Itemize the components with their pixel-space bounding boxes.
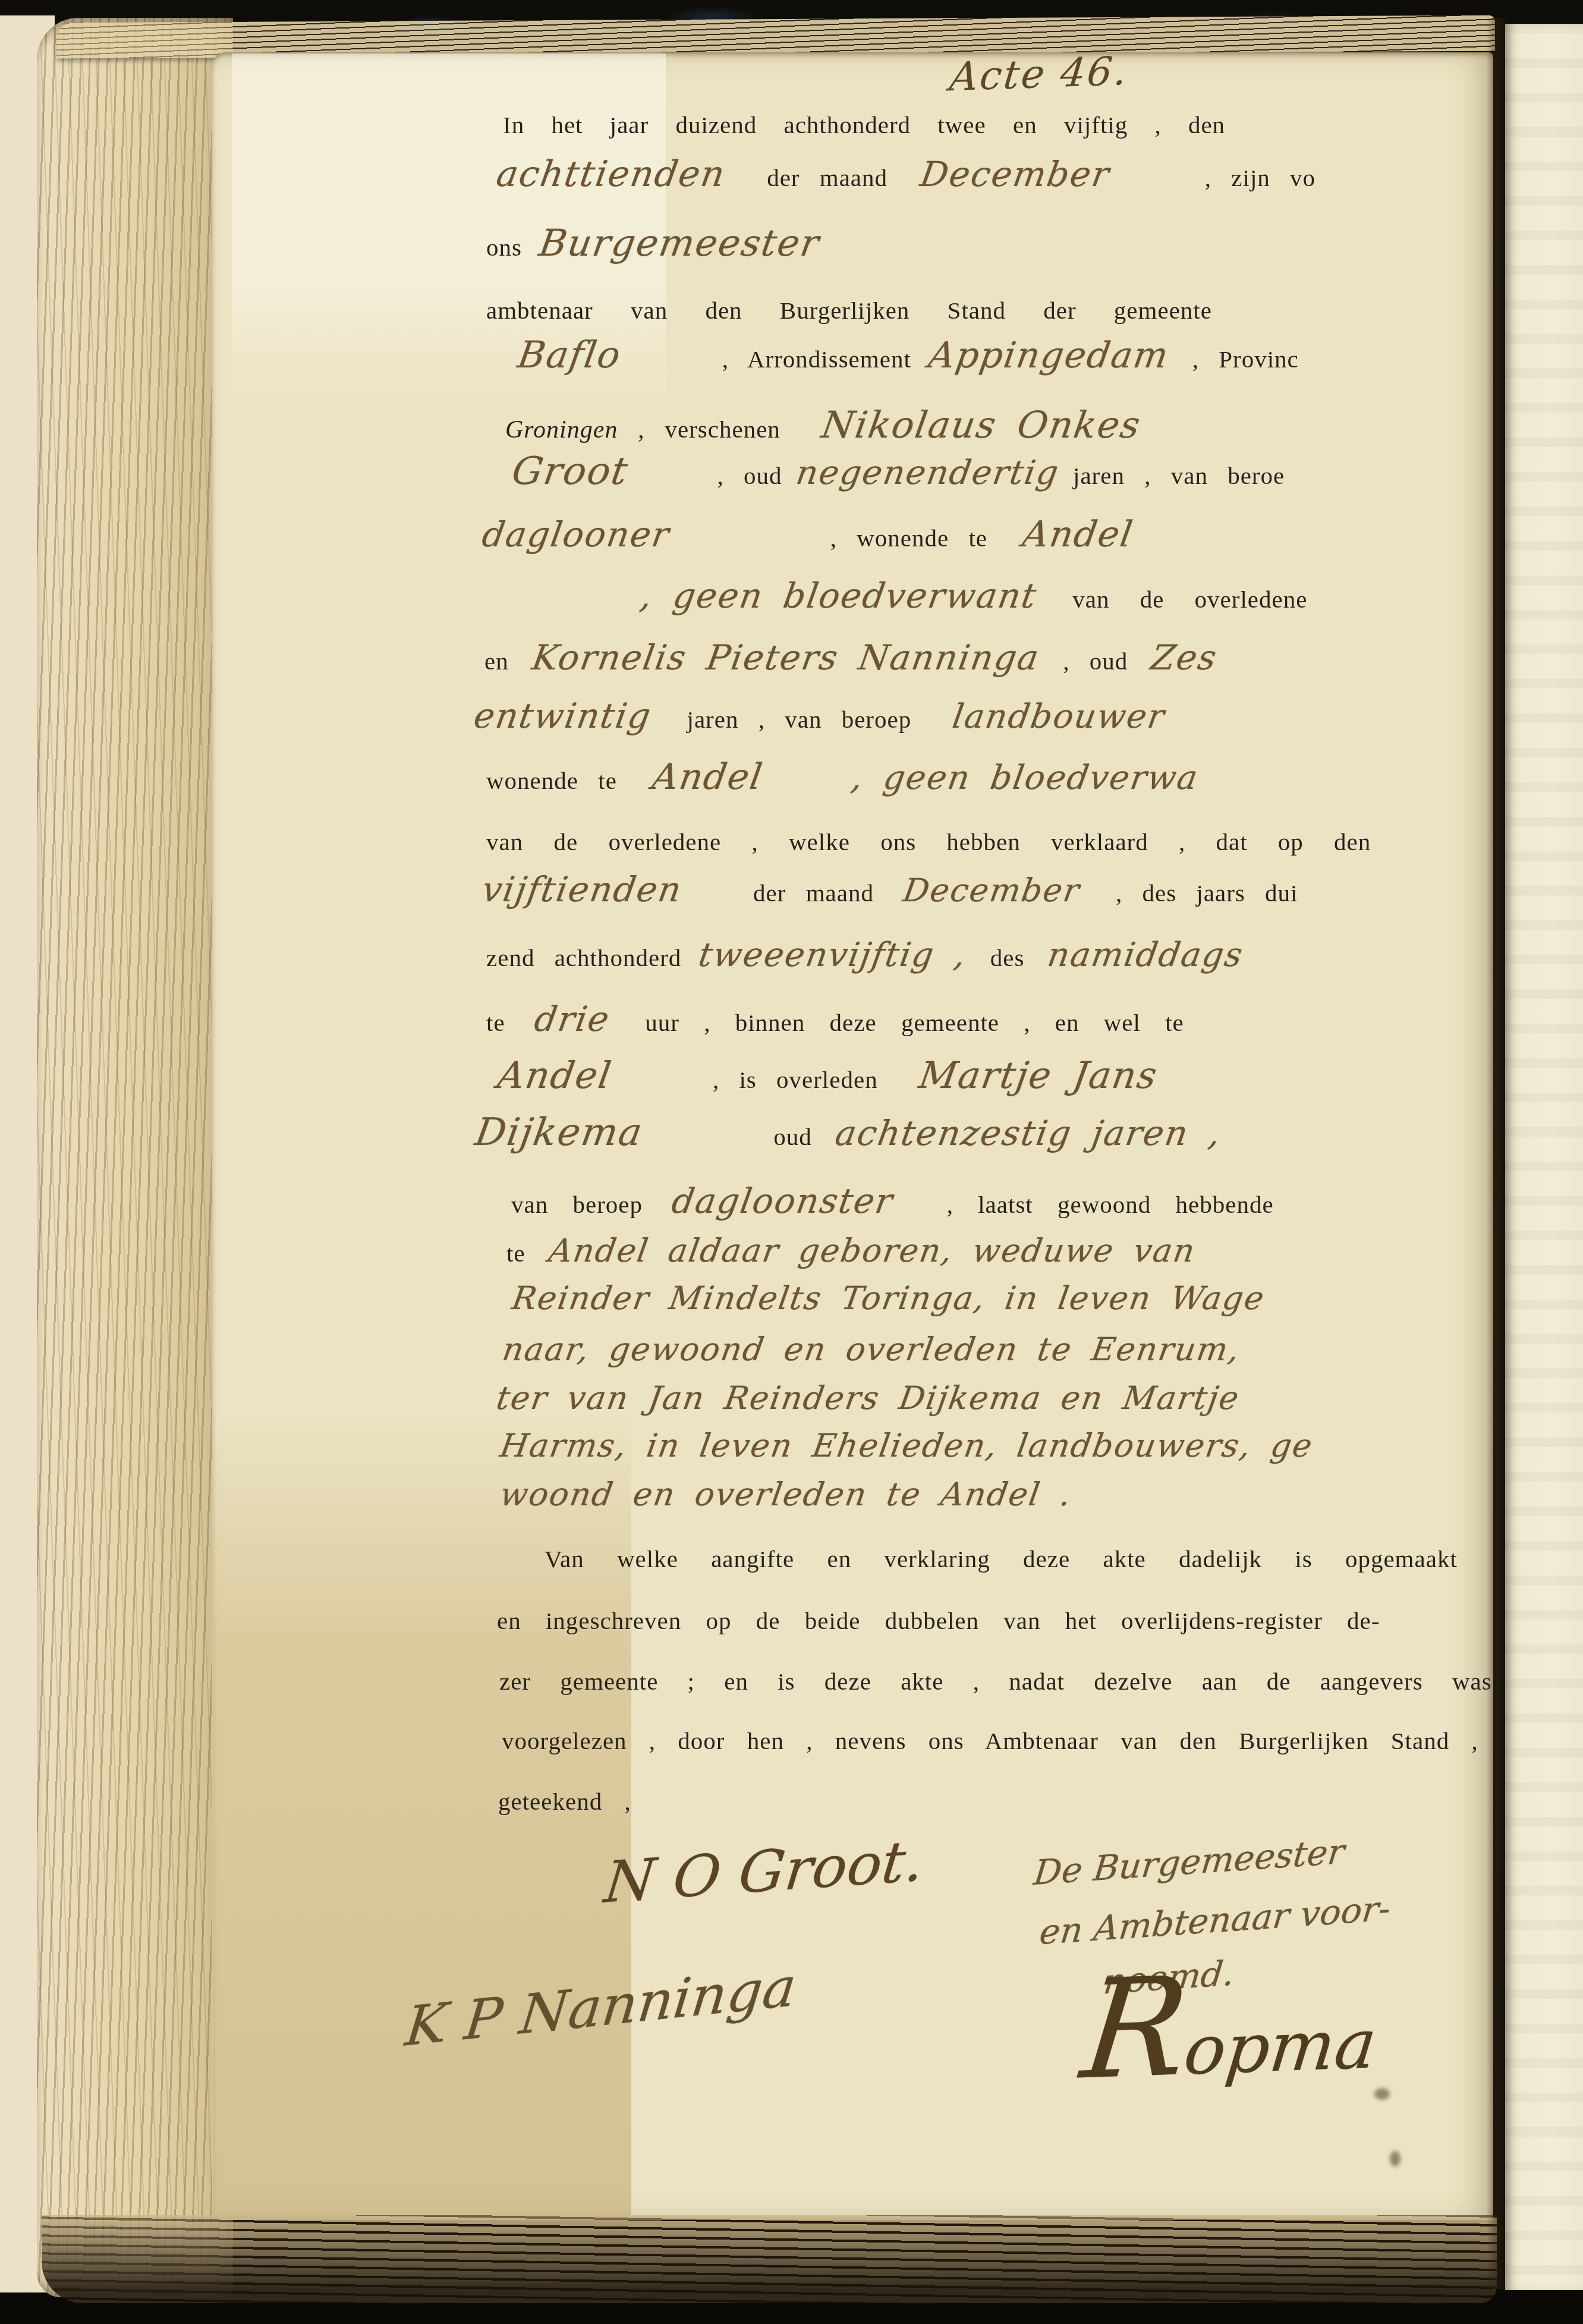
printed-text: te: [486, 1008, 505, 1037]
text-line: van de overledene , welke ons hebben ver…: [486, 828, 1371, 856]
printed-text: Groningen ,: [505, 416, 644, 444]
handwritten-text: achtenzestig jaren ,: [832, 1113, 1224, 1153]
text-line: Reinder Mindelts Toringa, in leven Wage: [512, 1279, 1265, 1317]
handwritten-text: landbouwer: [950, 697, 1168, 736]
handwritten-text: ter van Jan Reinders Dijkema en Martje: [494, 1379, 1242, 1417]
handwritten-text: Andel: [1019, 514, 1136, 555]
printed-text: jaren , van beroe: [1073, 461, 1285, 490]
printed-text: des: [990, 944, 1025, 972]
printed-text: wonende te: [486, 766, 617, 795]
text-line: wonende teAndel, geen bloedverwa: [486, 756, 1198, 798]
printed-text: zer gemeente ; en is deze akte , nadat d…: [499, 1667, 1491, 1696]
handwritten-text: achttienden: [493, 153, 728, 195]
handwritten-text: drie: [531, 999, 613, 1039]
handwritten-text: , geen bloedverwa: [849, 759, 1201, 797]
text-line: en ingeschreven op de beide dubbelen van…: [497, 1606, 1380, 1635]
printed-text: , laatst gewoond hebbende: [947, 1190, 1274, 1219]
handwritten-text: Groot: [509, 449, 631, 493]
text-line: ter van Jan Reinders Dijkema en Martje: [497, 1379, 1239, 1417]
printed-text: , des jaars dui: [1116, 879, 1298, 907]
text-line: zend achthonderdtweeenvijftig ,desnamidd…: [486, 936, 1244, 974]
text-line: zer gemeente ; en is deze akte , nadat d…: [499, 1667, 1491, 1696]
text-line: Andel, is overledenMartje Jans: [498, 1053, 1157, 1097]
printed-text: en ingeschreven op de beide dubbelen van…: [497, 1606, 1380, 1635]
printed-text: , oud: [1063, 647, 1128, 675]
handwritten-text: Burgemeester: [536, 221, 823, 265]
printed-text: , is overleden: [713, 1065, 878, 1094]
text-line: voorgelezen , door hen , nevens ons Ambt…: [502, 1727, 1478, 1755]
text-line: entwintigjaren , van beroeplandbouwer: [474, 696, 1165, 736]
printed-text: zend achthonderd: [486, 944, 681, 972]
text-line: daglooner, wonende teAndel: [483, 514, 1133, 555]
text-line: enKornelis Pieters Nanninga, oudZes: [484, 637, 1217, 678]
facing-page-sliver: [1505, 24, 1583, 2290]
text-line: tedrieuur , binnen deze gemeente , en we…: [486, 999, 1184, 1039]
printed-text: ons: [486, 233, 522, 262]
handwritten-text: Andel: [649, 756, 766, 798]
printed-text: , Arrondissement: [722, 345, 911, 373]
text-line: Groningen ,verschenenNikolaus Onkes: [505, 403, 1141, 446]
printed-text: jaren , van beroep: [687, 705, 912, 734]
handwritten-text: Appingedam: [926, 335, 1172, 376]
handwritten-text: December: [918, 154, 1113, 194]
handwritten-text: December: [901, 872, 1083, 909]
text-line: Van welke aangifte en verklaring deze ak…: [545, 1545, 1458, 1573]
printed-text: geteekend ,: [498, 1787, 631, 1816]
text-line: van beroepdagloonster, laatst gewoond he…: [511, 1181, 1274, 1221]
handwritten-text: Baflo: [515, 333, 624, 376]
text-line: Harms, in leven Ehelieden, landbouwers, …: [501, 1427, 1313, 1464]
handwritten-text: entwintig: [471, 696, 654, 736]
printed-text: voorgelezen , door hen , nevens ons Ambt…: [502, 1727, 1478, 1755]
handwritten-text: Dijkema: [472, 1111, 646, 1155]
printed-text: verschenen: [665, 415, 780, 444]
handwritten-text: naar, gewoond en overleden te Eenrum,: [500, 1331, 1243, 1368]
printed-text: Van welke aangifte en verklaring deze ak…: [545, 1545, 1458, 1573]
printed-text: ambtenaar van den Burgerlijken Stand der…: [486, 296, 1212, 325]
handwritten-text: negenendertig: [793, 454, 1062, 492]
text-line: naar, gewoond en overleden te Eenrum,: [503, 1331, 1240, 1368]
printed-text: , wonende te: [830, 524, 987, 552]
text-line: woond en overleden te Andel .: [501, 1476, 1072, 1513]
signature: De Burgemeester: [1032, 1831, 1347, 1893]
handwritten-text: Reinder Mindelts Toringa, in leven Wage: [509, 1279, 1268, 1317]
text-line: , geen bloedverwantvan de overledene: [641, 576, 1307, 616]
text-line: geteekend ,: [498, 1787, 631, 1816]
printed-text: van de overledene , welke ons hebben ver…: [486, 828, 1371, 856]
handwritten-text: Harms, in leven Ehelieden, landbouwers, …: [498, 1427, 1316, 1464]
handwritten-text: namiddags: [1045, 936, 1246, 974]
handwritten-text: Zes: [1148, 637, 1220, 678]
handwritten-text: , geen bloedverwant: [638, 576, 1040, 616]
signature: en Ambtenaar voor-: [1038, 1888, 1393, 1953]
printed-text: In het jaar duizend achthonderd twee en …: [503, 111, 1225, 139]
printed-text: , Provinc: [1192, 345, 1299, 373]
act-text: Acte 46. In het jaar duizend achthonderd…: [0, 0, 1491, 2324]
handwritten-text: Martje Jans: [916, 1053, 1161, 1097]
text-line: onsBurgemeester: [486, 221, 820, 265]
text-line: achttiendender maandDecember, zijn vo: [497, 153, 1316, 195]
text-line: teAndel aldaar geboren, weduwe van: [506, 1232, 1195, 1269]
handwritten-text: Kornelis Pieters Nanninga: [529, 637, 1042, 678]
text-line: vijftiendender maandDecember, des jaars …: [483, 869, 1298, 910]
handwritten-text: daglooner: [480, 514, 673, 555]
text-line: Dijkemaoudachtenzestig jaren ,: [476, 1111, 1221, 1155]
printed-text: te: [506, 1239, 525, 1268]
handwritten-text: vijftienden: [480, 869, 685, 910]
printed-text: oud: [773, 1122, 812, 1151]
printed-text: der maand: [753, 879, 874, 907]
handwritten-text: Nikolaus Onkes: [819, 403, 1144, 446]
signature: K P Nanninga: [402, 1955, 800, 2059]
handwritten-text: Andel aldaar geboren, weduwe van: [546, 1232, 1198, 1269]
handwritten-text: Andel: [495, 1053, 615, 1097]
signature: Ropma: [1077, 2004, 1380, 2094]
text-line: ambtenaar van den Burgerlijken Stand der…: [486, 296, 1212, 325]
printed-text: uur , binnen deze gemeente , en wel te: [645, 1008, 1184, 1037]
printed-text: van de overledene: [1072, 585, 1307, 614]
handwritten-text: tweeenvijftig ,: [696, 936, 970, 974]
printed-text: en: [484, 647, 509, 675]
text-line: In het jaar duizend achthonderd twee en …: [503, 111, 1225, 139]
printed-text: , oud: [717, 461, 782, 490]
text-line: Baflo, ArrondissementAppingedam, Provinc: [518, 333, 1299, 376]
printed-text: , zijn vo: [1205, 163, 1316, 192]
handwritten-text: woond en overleden te Andel .: [498, 1476, 1075, 1513]
text-line: Groot, oudnegenendertigjaren , van beroe: [512, 449, 1285, 493]
act-number-header: Acte 46.: [948, 48, 1131, 100]
register-book-scan: Acte 46. In het jaar duizend achthonderd…: [0, 0, 1583, 2324]
printed-text: van beroep: [511, 1190, 643, 1219]
printed-text: der maand: [767, 163, 888, 192]
handwritten-text: dagloonster: [669, 1181, 896, 1221]
signature: N O Groot.: [601, 1828, 927, 1916]
